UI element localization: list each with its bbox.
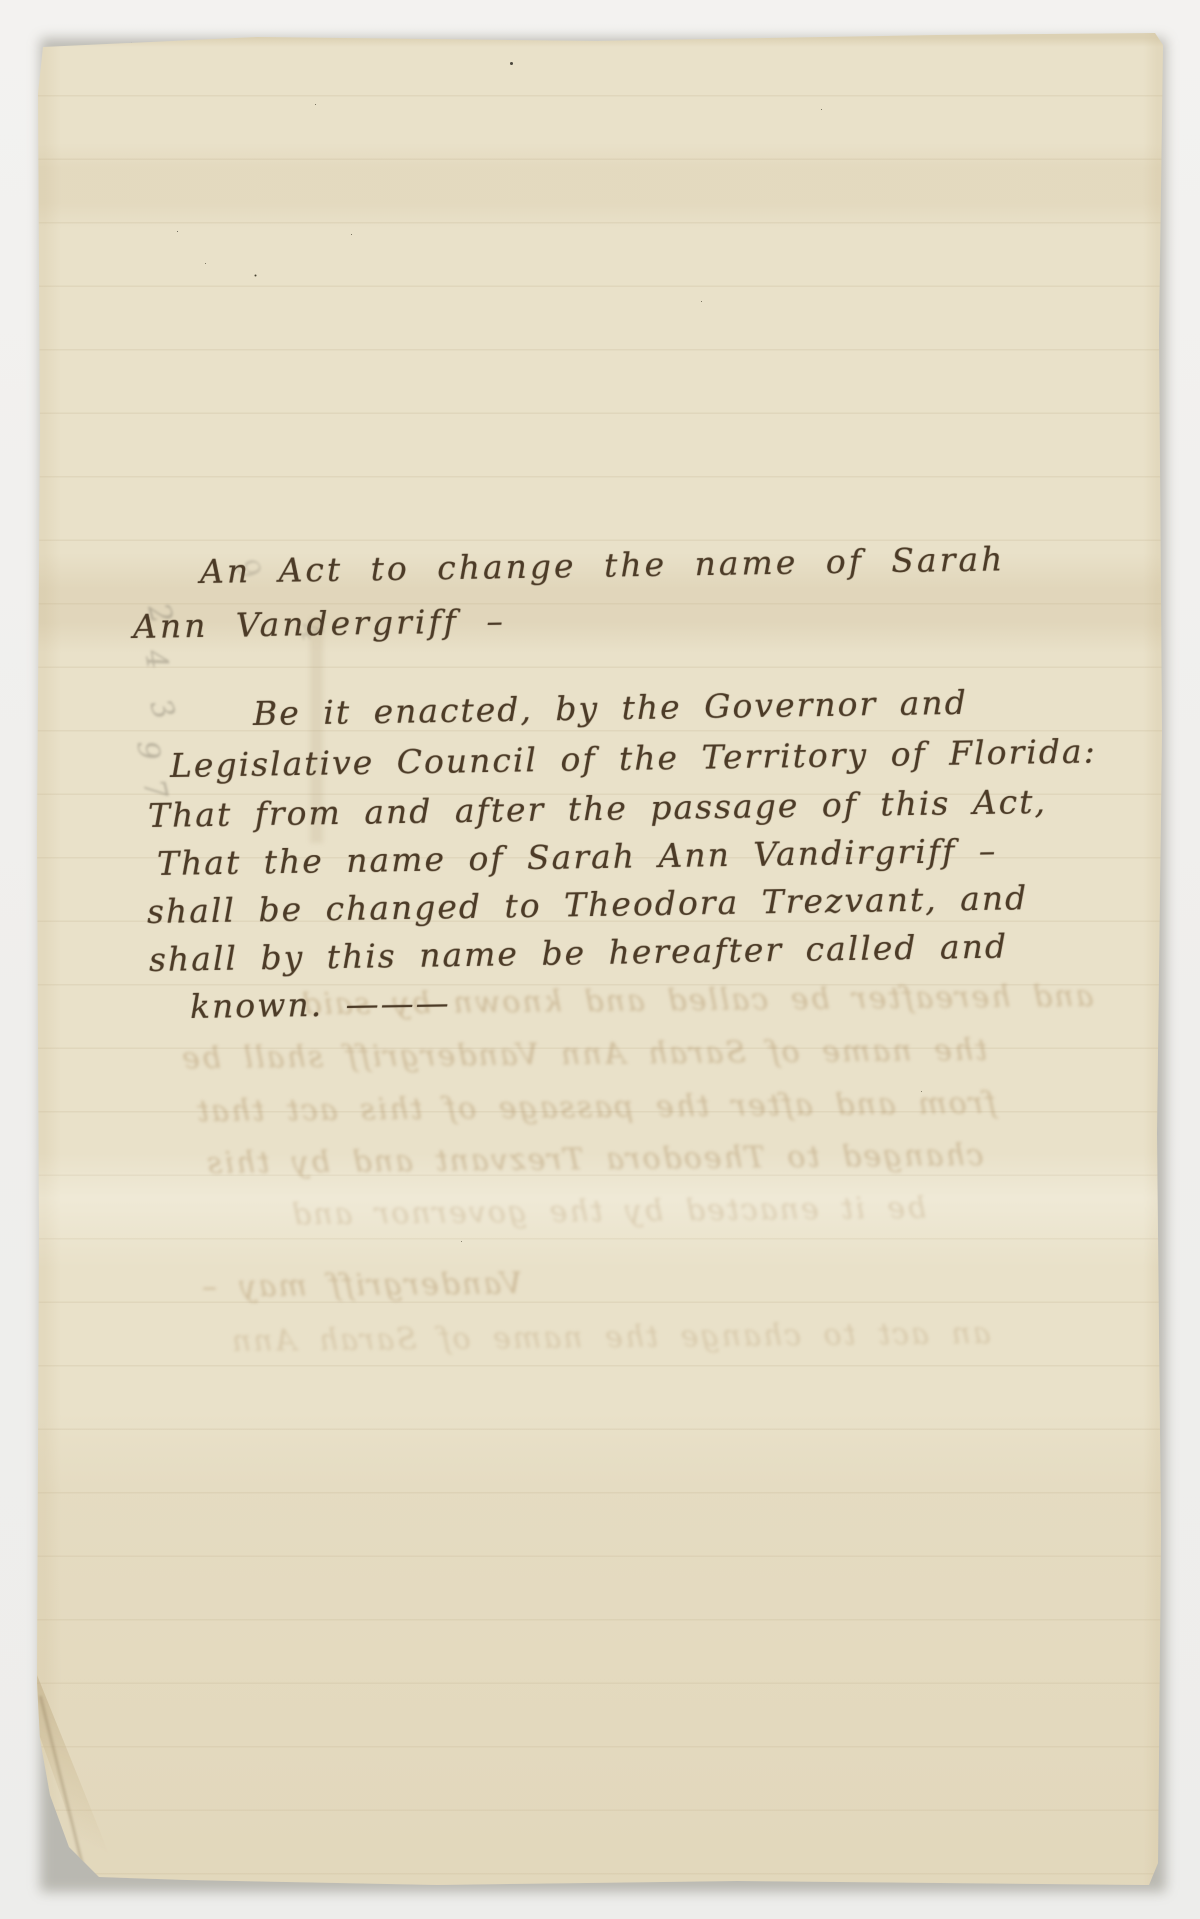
scan-background: and hereafter be called and known by sai… bbox=[0, 0, 1200, 1919]
paper-sheet bbox=[37, 33, 1163, 1887]
ink-streak-stain bbox=[310, 618, 323, 843]
paper-specks bbox=[37, 33, 40, 36]
